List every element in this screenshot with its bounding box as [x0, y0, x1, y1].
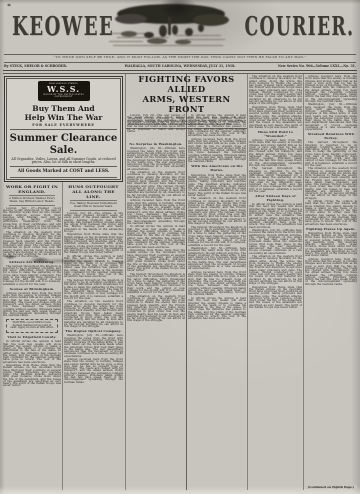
column-1-headline: WORK OR FIGHT IN ENGLAND. [5, 184, 59, 194]
lead-headline-line-2: ARMS, WESTERN FRONT [128, 95, 245, 115]
body-paragraph: In official circles the opinion is held … [64, 255, 123, 278]
body-paragraph: The situation on the western front conti… [249, 255, 302, 284]
body-paragraph: Dispatches from Rome state that the Ital… [127, 249, 185, 272]
newspaper-front-page: KEOWEE COURIER. “TO THINE OWN SE [0, 0, 360, 494]
body-paragraph: Washington, July 30.—Officials here rece… [188, 247, 246, 270]
column-1: WORK OR FIGHT IN ENGLAND. A Million Work… [3, 183, 61, 489]
bauknight-advertisement: WAR SAVINGS STAMPS W.S.S. ISSUED BY THE … [4, 76, 123, 182]
body-paragraph: The situation on the western front conti… [3, 231, 61, 258]
ad-divider-1 [10, 129, 117, 130]
column-rule-2 [125, 74, 126, 490]
body-paragraph: In official circles the opinion is held … [188, 114, 246, 137]
body-paragraph: Advices received here from the front sta… [305, 75, 357, 102]
column-5-crosshead-2: After Sixteen Days of Fighting. [249, 194, 302, 202]
body-paragraph: Advices received here from the front sta… [305, 258, 357, 285]
body-paragraph: London, July 29.—The war review of the w… [127, 114, 185, 132]
column-5-crosshead-1: Huns Still Hold to “Wounded.” [249, 130, 302, 138]
column-3: London, July 29.—The war review of the w… [127, 114, 185, 489]
ad-buy-line-2: Help Win The War [5, 113, 122, 122]
body-paragraph: In official circles the opinion is held … [127, 225, 185, 248]
wss-bottom-caption: ISSUED BY THE UNITED STATES GOVERNMENT [38, 94, 90, 99]
body-paragraph: London, July 28.—The armies of the Allie… [64, 212, 123, 232]
body-paragraph: Dispatches from Rome state that the Ital… [188, 174, 246, 197]
lead-headline-line-1: FIGHTING FAVORS ALLIED [128, 75, 245, 95]
body-paragraph: The situation on the western front conti… [249, 75, 302, 104]
masthead-title-right: COURIER. [244, 14, 354, 40]
masthead-title-left: KEOWEE [12, 14, 114, 40]
column-rule-4 [247, 74, 248, 490]
body-paragraph: Advices received here from the front sta… [64, 358, 123, 383]
body-paragraph: Advices received here from the front sta… [188, 138, 246, 163]
body-paragraph: Washington, July 30.—Officials here rece… [249, 229, 302, 254]
masthead-vignette-illustration [105, 1, 237, 52]
ad-for-sale-everywhere: FOR SALE EVERYWHERE [5, 123, 122, 127]
war-savings-stamps-badge: WAR SAVINGS STAMPS W.S.S. ISSUED BY THE … [38, 81, 90, 101]
body-paragraph: Dispatches from Rome state that the Ital… [3, 364, 61, 387]
ad-cost-note: All Goods Marked at COST and LESS. [5, 169, 122, 175]
body-paragraph: Dispatches from Rome state that the Ital… [249, 286, 302, 309]
body-paragraph: The harvest throughout the kingdom is re… [64, 279, 123, 299]
body-paragraph: The harvest throughout the kingdom is re… [188, 226, 246, 246]
issue-number-line: New Series No. 906—Volume LXXI.—No. 31. [278, 64, 356, 68]
body-paragraph: Washington, July 30.—Officials here rece… [305, 103, 357, 130]
ad-divider-2 [10, 166, 117, 167]
body-paragraph: The situation on the western front conti… [64, 300, 123, 327]
ad-divider-3 [10, 177, 117, 178]
dateline-row: By STECK, SHELOR & SCHRODER. WALHALLA, S… [4, 63, 356, 70]
body-paragraph: The situation on the western front conti… [127, 171, 185, 198]
column-4: In official circles the opinion is held … [188, 114, 246, 489]
body-paragraph: Washington, July 30.—Officials here rece… [64, 334, 123, 357]
column-rule-1 [62, 182, 63, 490]
body-paragraph: Advices received here from the front sta… [249, 139, 302, 166]
column-1-deck: A Million Workers Wanted Every Week, Say… [6, 197, 58, 203]
continued-on-page-line: (Continued on Eighth Page.) [305, 485, 357, 489]
body-paragraph: The situation on the western front conti… [127, 295, 185, 322]
motto-line: “TO THINE OWN SELF BE TRUE; AND IT MUST … [30, 55, 330, 59]
body-paragraph: The situation on the western front conti… [188, 197, 246, 224]
body-paragraph: In official circles the opinion is held … [3, 340, 61, 363]
wss-initials: W.S.S. [38, 85, 90, 94]
body-paragraph: Dispatches from Rome state that the Ital… [305, 232, 357, 257]
ad-firm-name: C. W. & J. E. BAUKNIGHT, [5, 180, 122, 182]
column-2: HUNS OUTFOUGHT ALL ALONG THE LINE. Foe T… [64, 183, 123, 489]
body-paragraph: The harvest throughout the kingdom is re… [249, 167, 302, 192]
ad-buy-line-1: Buy Them And [5, 104, 122, 113]
dotted-separator: · · · · · · · · · · · · · [127, 133, 185, 140]
column-2-deck: Foe Taking Heaviest Punishment Dealt Him… [67, 202, 120, 208]
column-4-crosshead-1: With the Americans on the Marne. [188, 164, 246, 172]
body-paragraph: Washington, July 30.—Officials here rece… [127, 147, 185, 170]
body-paragraph: The harvest throughout the kingdom is re… [3, 265, 61, 285]
column-rule-5 [303, 74, 304, 490]
body-paragraph: Advices received here from the front sta… [127, 199, 185, 224]
body-paragraph: The situation on the western front conti… [305, 167, 357, 199]
column-6-crosshead-1: Strained Relations With Turkey. [305, 132, 357, 140]
body-paragraph: In official circles the opinion is held … [249, 203, 302, 228]
body-paragraph: The harvest throughout the kingdom is re… [305, 141, 357, 166]
classified-notice-box: WANTED—Good Milch Cows; highest market p… [6, 319, 58, 333]
ad-sale-title: Summer Clearance Sale. [7, 132, 119, 156]
body-paragraph: Dispatches from Rome state that the Ital… [249, 106, 302, 129]
body-paragraph: Advices received here from the front sta… [188, 271, 246, 296]
ad-sale-body: All Organdies, Voiles, Lawns, and all Su… [10, 158, 117, 165]
body-paragraph: In official circles the opinion is held … [188, 297, 246, 320]
column-6: Advices received here from the front sta… [305, 75, 357, 489]
body-paragraph: Dispatches from Rome state that the Ital… [64, 233, 123, 253]
body-paragraph: The harvest throughout the kingdom is re… [127, 273, 185, 293]
column-5: The situation on the western front conti… [249, 75, 302, 489]
column-rule-3 [186, 74, 187, 490]
body-paragraph: London, July 27.—Premier Lloyd George to… [3, 207, 61, 230]
body-paragraph: In official circles the opinion is held … [305, 200, 357, 225]
body-paragraph: Advices received here from the front sta… [3, 292, 61, 317]
column-2-headline: HUNS OUTFOUGHT ALL ALONG THE LINE. [66, 184, 121, 199]
